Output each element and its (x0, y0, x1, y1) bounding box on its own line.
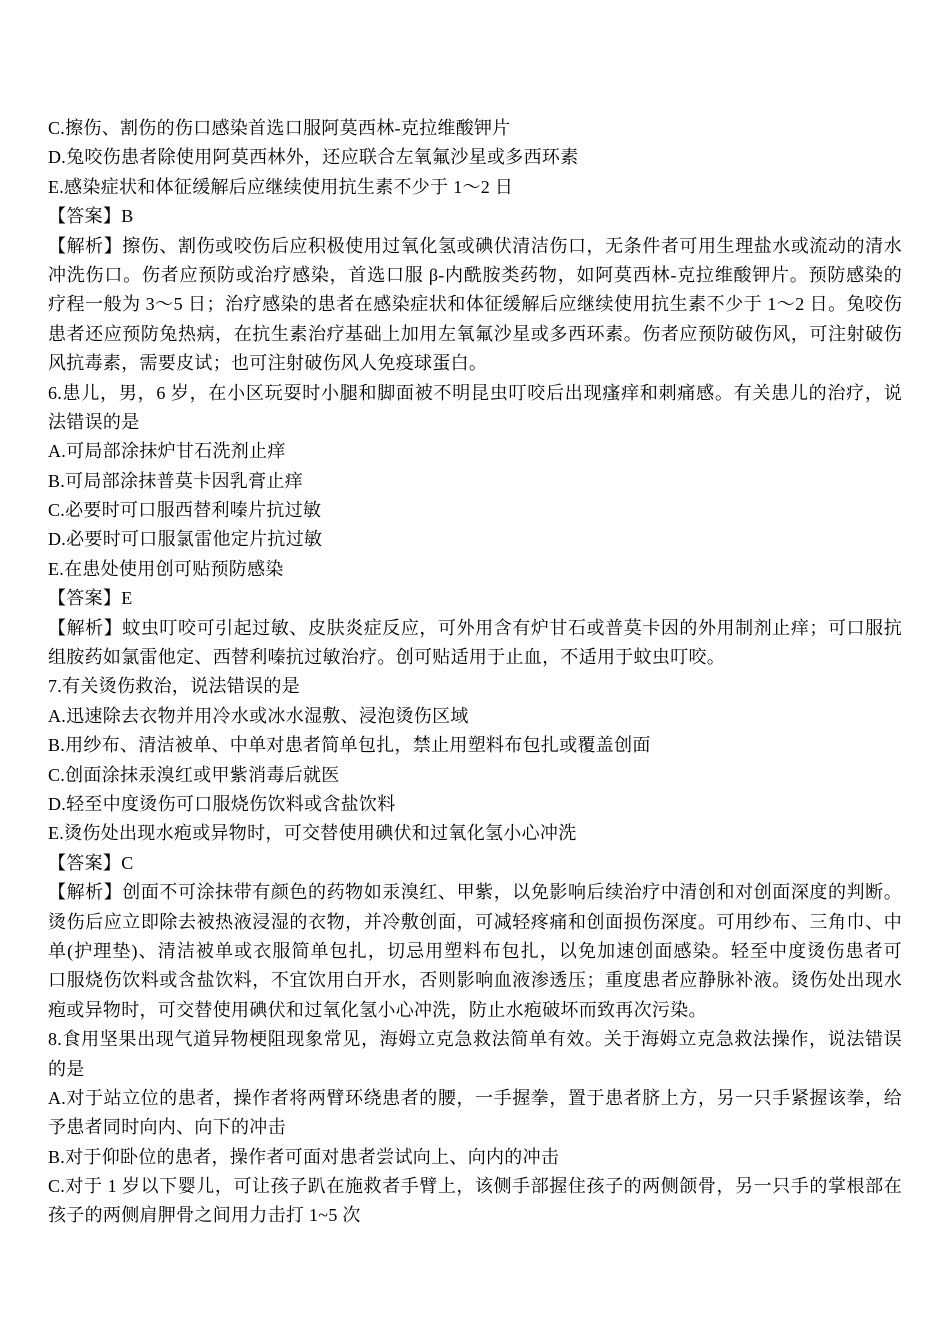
q5-answer: 【答案】B (48, 202, 902, 231)
text-line: 孩子的两侧肩胛骨之间用力击打 1~5 次 (48, 1201, 902, 1230)
q7-option-a: A.迅速除去衣物并用冷水或冰水湿敷、浸泡烫伤区域 (48, 702, 902, 731)
text-line: 冲洗伤口。伤者应预防或治疗感染，首选口服 β-内酰胺类药物，如阿莫西林-克拉维酸… (48, 261, 902, 290)
q6-option-e: E.在患处使用创可贴预防感染 (48, 555, 902, 584)
text-line: 8.食用坚果出现气道异物梗阻现象常见，海姆立克急救法简单有效。关于海姆立克急救法… (48, 1025, 902, 1054)
q5-option-d: D.兔咬伤患者除使用阿莫西林外，还应联合左氧氟沙星或多西环素 (48, 143, 902, 172)
text-line: D.必要时可口服氯雷他定片抗过敏 (48, 525, 902, 554)
text-line: 【答案】E (48, 584, 902, 613)
q7-option-e: E.烫伤处出现水疱或异物时，可交替使用碘伏和过氧化氢小心冲洗 (48, 819, 902, 848)
document-page: C.擦伤、割伤的伤口感染首选口服阿莫西林-克拉维酸钾片D.兔咬伤患者除使用阿莫西… (0, 0, 950, 1344)
q7-option-c: C.创面涂抹汞溴红或甲紫消毒后就医 (48, 761, 902, 790)
q6-stem: 6.患儿，男，6 岁，在小区玩耍时小腿和脚面被不明昆虫叮咬后出现瘙痒和刺痛感。有… (48, 379, 902, 438)
text-line: 的是 (48, 1055, 902, 1084)
q8-option-c: C.对于 1 岁以下婴儿，可让孩子趴在施救者手臂上，该侧手部握住孩子的两侧颌骨，… (48, 1172, 902, 1231)
q5-analysis: 【解析】擦伤、割伤或咬伤后应积极使用过氧化氢或碘伏清洁伤口，无条件者可用生理盐水… (48, 232, 902, 379)
text-line: 口服烧伤饮料或含盐饮料，不宜饮用白开水，否则影响血液渗透压；重度患者应静脉补液。… (48, 966, 902, 995)
text-line: B.用纱布、清洁被单、中单对患者简单包扎，禁止用塑料布包扎或覆盖创面 (48, 731, 902, 760)
text-line: A.可局部涂抹炉甘石洗剂止痒 (48, 437, 902, 466)
text-line: E.烫伤处出现水疱或异物时，可交替使用碘伏和过氧化氢小心冲洗 (48, 819, 902, 848)
text-line: 7.有关烫伤救治，说法错误的是 (48, 672, 902, 701)
text-line: A.对于站立位的患者，操作者将两臂环绕患者的腰，一手握拳，置于患者脐上方，另一只… (48, 1084, 902, 1113)
text-line: 【解析】创面不可涂抹带有颜色的药物如汞溴红、甲紫，以免影响后续治疗中清创和对创面… (48, 878, 902, 907)
q6-option-a: A.可局部涂抹炉甘石洗剂止痒 (48, 437, 902, 466)
text-line: 单(护理垫)、清洁被单或衣服简单包扎，切忌用塑料布包扎，以免加速创面感染。轻至中… (48, 937, 902, 966)
text-line: 疱或异物时，可交替使用碘伏和过氧化氢小心冲洗，防止水疱破坏而致再次污染。 (48, 996, 902, 1025)
text-line: C.创面涂抹汞溴红或甲紫消毒后就医 (48, 761, 902, 790)
text-line: B.可局部涂抹普莫卡因乳膏止痒 (48, 467, 902, 496)
text-line: D.轻至中度烫伤可口服烧伤饮料或含盐饮料 (48, 790, 902, 819)
q6-option-b: B.可局部涂抹普莫卡因乳膏止痒 (48, 467, 902, 496)
q7-option-b: B.用纱布、清洁被单、中单对患者简单包扎，禁止用塑料布包扎或覆盖创面 (48, 731, 902, 760)
text-line: 【解析】蚊虫叮咬可引起过敏、皮肤炎症反应，可外用含有炉甘石或普莫卡因的外用制剂止… (48, 614, 902, 643)
text-line: 烫伤后应立即除去被热液浸湿的衣物，并冷敷创面，可减轻疼痛和创面损伤深度。可用纱布… (48, 908, 902, 937)
q7-answer: 【答案】C (48, 849, 902, 878)
text-line: C.必要时可口服西替利嗪片抗过敏 (48, 496, 902, 525)
q6-option-c: C.必要时可口服西替利嗪片抗过敏 (48, 496, 902, 525)
q6-answer: 【答案】E (48, 584, 902, 613)
text-line: 【答案】B (48, 202, 902, 231)
q7-analysis: 【解析】创面不可涂抹带有颜色的药物如汞溴红、甲紫，以免影响后续治疗中清创和对创面… (48, 878, 902, 1025)
q7-option-d: D.轻至中度烫伤可口服烧伤饮料或含盐饮料 (48, 790, 902, 819)
text-line: E.在患处使用创可贴预防感染 (48, 555, 902, 584)
text-line: A.迅速除去衣物并用冷水或冰水湿敷、浸泡烫伤区域 (48, 702, 902, 731)
q7-stem: 7.有关烫伤救治，说法错误的是 (48, 672, 902, 701)
text-line: 【答案】C (48, 849, 902, 878)
text-line: C.对于 1 岁以下婴儿，可让孩子趴在施救者手臂上，该侧手部握住孩子的两侧颌骨，… (48, 1172, 902, 1201)
text-line: 风抗毒素，需要皮试；也可注射破伤风人免疫球蛋白。 (48, 349, 902, 378)
q5-option-c: C.擦伤、割伤的伤口感染首选口服阿莫西林-克拉维酸钾片 (48, 114, 902, 143)
q8-option-b: B.对于仰卧位的患者，操作者可面对患者尝试向上、向内的冲击 (48, 1143, 902, 1172)
text-line: 组胺药如氯雷他定、西替利嗪抗过敏治疗。创可贴适用于止血，不适用于蚊虫叮咬。 (48, 643, 902, 672)
text-line: D.兔咬伤患者除使用阿莫西林外，还应联合左氧氟沙星或多西环素 (48, 143, 902, 172)
q6-analysis: 【解析】蚊虫叮咬可引起过敏、皮肤炎症反应，可外用含有炉甘石或普莫卡因的外用制剂止… (48, 614, 902, 673)
q8-option-a: A.对于站立位的患者，操作者将两臂环绕患者的腰，一手握拳，置于患者脐上方，另一只… (48, 1084, 902, 1143)
q8-stem: 8.食用坚果出现气道异物梗阻现象常见，海姆立克急救法简单有效。关于海姆立克急救法… (48, 1025, 902, 1084)
text-line: 予患者同时向内、向下的冲击 (48, 1113, 902, 1142)
q5-option-e: E.感染症状和体征缓解后应继续使用抗生素不少于 1～2 日 (48, 173, 902, 202)
text-line: E.感染症状和体征缓解后应继续使用抗生素不少于 1～2 日 (48, 173, 902, 202)
text-line: 【解析】擦伤、割伤或咬伤后应积极使用过氧化氢或碘伏清洁伤口，无条件者可用生理盐水… (48, 232, 902, 261)
q6-option-d: D.必要时可口服氯雷他定片抗过敏 (48, 525, 902, 554)
text-line: 患者还应预防兔热病，在抗生素治疗基础上加用左氧氟沙星或多西环素。伤者应预防破伤风… (48, 320, 902, 349)
text-line: 6.患儿，男，6 岁，在小区玩耍时小腿和脚面被不明昆虫叮咬后出现瘙痒和刺痛感。有… (48, 379, 902, 408)
text-line: C.擦伤、割伤的伤口感染首选口服阿莫西林-克拉维酸钾片 (48, 114, 902, 143)
text-line: 疗程一般为 3～5 日；治疗感染的患者在感染症状和体征缓解后应继续使用抗生素不少… (48, 290, 902, 319)
text-line: B.对于仰卧位的患者，操作者可面对患者尝试向上、向内的冲击 (48, 1143, 902, 1172)
text-line: 法错误的是 (48, 408, 902, 437)
